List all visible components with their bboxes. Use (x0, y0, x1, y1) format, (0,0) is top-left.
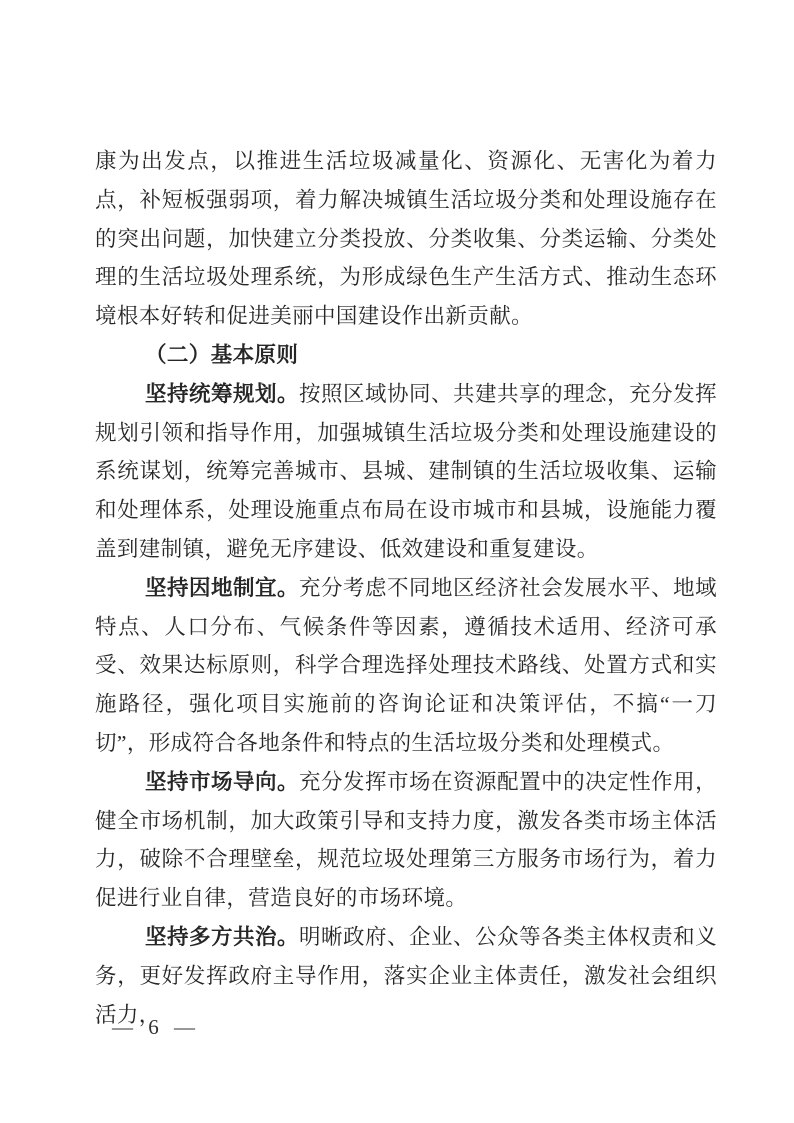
section-heading-text: （二）基本原则 (145, 343, 298, 367)
paragraph-text: 康为出发点，以推进生活垃圾减量化、资源化、无害化为着力点，补短板强弱项，着力解决… (95, 149, 717, 328)
paragraph-unified-planning: 坚持统筹规划。按照区域协同、共建共享的理念，充分发挥规划引领和指导作用，加强城镇… (95, 375, 717, 569)
paragraph-lead: 坚持统筹规划。 (145, 382, 299, 406)
paragraph-text: 充分考虑不同地区经济社会发展水平、地域特点、人口分布、气候条件等因素，遵循技术适… (95, 576, 717, 755)
paragraph-local-conditions: 坚持因地制宜。充分考虑不同地区经济社会发展水平、地域特点、人口分布、气候条件等因… (95, 569, 717, 763)
paragraph-continuation: 康为出发点，以推进生活垃圾减量化、资源化、无害化为着力点，补短板强弱项，着力解决… (95, 142, 717, 336)
paragraph-lead: 坚持因地制宜。 (145, 576, 299, 600)
document-page: 康为出发点，以推进生活垃圾减量化、资源化、无害化为着力点，补短板强弱项，着力解决… (0, 0, 794, 1123)
paragraph-market-orientation: 坚持市场导向。充分发挥市场在资源配置中的决定性作用，健全市场机制，加大政策引导和… (95, 763, 717, 918)
paragraph-lead: 坚持市场导向。 (145, 770, 299, 794)
document-body: 康为出发点，以推进生活垃圾减量化、资源化、无害化为着力点，补短板强弱项，着力解决… (95, 142, 717, 1034)
section-heading: （二）基本原则 (95, 336, 717, 375)
paragraph-text: 按照区域协同、共建共享的理念，充分发挥规划引领和指导作用，加强城镇生活垃圾分类和… (95, 382, 717, 561)
paragraph-lead: 坚持多方共治。 (145, 925, 299, 949)
page-number: — 6 — (112, 1012, 200, 1042)
